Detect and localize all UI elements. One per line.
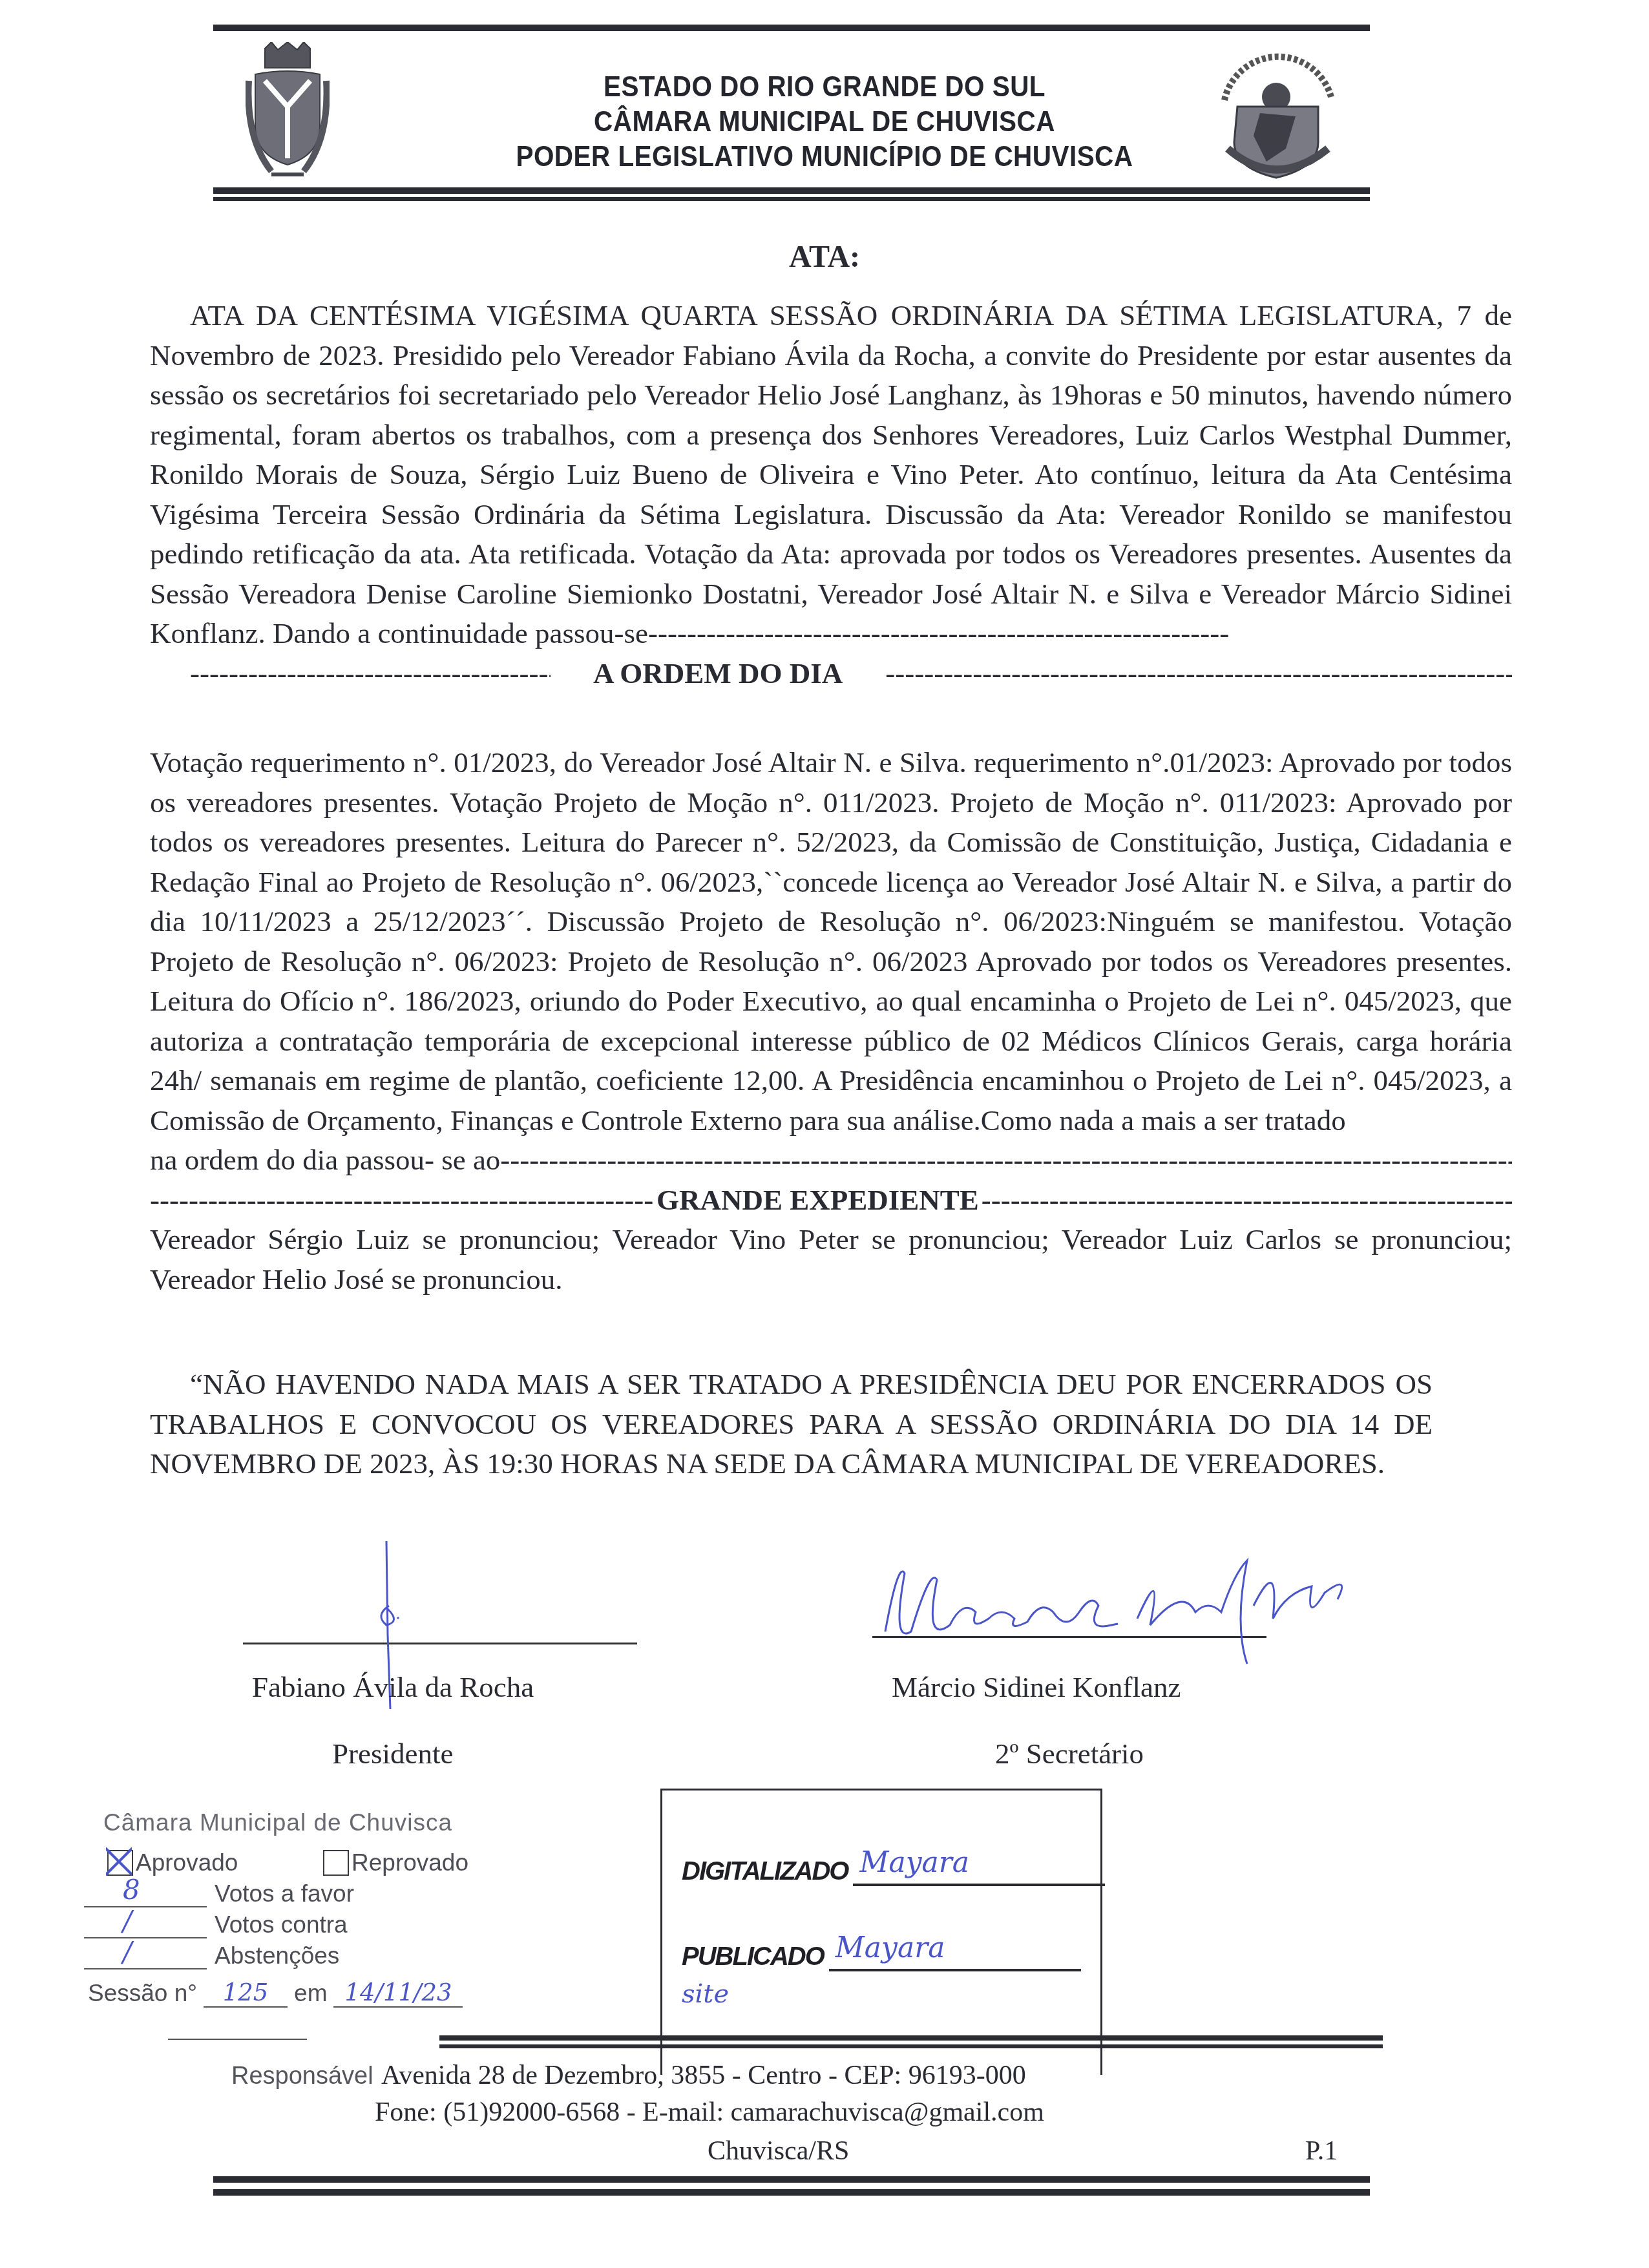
session-row: Sessão n° 125 em 14/11/23 [88, 1979, 463, 2008]
date-label: em [294, 1980, 327, 2007]
president-role: Presidente [332, 1737, 453, 1770]
rejected-checkbox[interactable] [323, 1850, 349, 1876]
opening-text: ATA DA CENTÉSIMA VIGÉSIMA QUARTA SESSÃO … [150, 299, 1512, 649]
session-date[interactable]: 14/11/23 [333, 1979, 463, 2008]
footer-rule-top [439, 2035, 1383, 2041]
responsible-signature-line [168, 2039, 307, 2040]
president-signature-line [243, 1643, 637, 1644]
page-number: P.1 [1305, 2136, 1338, 2167]
secretary-name: Márcio Sidinei Konflanz [892, 1670, 1181, 1704]
president-signature-ink [362, 1541, 414, 1735]
ordem-do-dia-divider: ----------------------------------------… [150, 654, 1512, 694]
footer-rule-top-thin [439, 2044, 1383, 2048]
header-top-rule [213, 25, 1370, 31]
vote-stamp-title: Câmara Municipal de Chuvisca [103, 1809, 452, 1836]
ordem-do-dia-tail-text: na ordem do dia passou- se ao [150, 1140, 500, 1181]
votes-for-field[interactable]: 8 [84, 1880, 207, 1907]
rejected-label: Reprovado [352, 1849, 468, 1876]
footer-address: Responsável Avenida 28 de Dezembro, 3855… [381, 2060, 1026, 2091]
letterhead-chamber: CÂMARA MUNICIPAL DE CHUVISCA [66, 105, 1583, 140]
footer-city: Chuvisca/RS [708, 2136, 849, 2167]
votes-against-row: / Votos contra [84, 1911, 348, 1938]
publicado-field[interactable]: Mayara [829, 1940, 1081, 1971]
publicado-label: PUBLICADO [682, 1942, 824, 1971]
digitalizado-row: DIGITALIZADO Mayara [682, 1855, 1105, 1886]
abstentions-field[interactable]: / [84, 1942, 207, 1969]
ordem-do-dia-tail: na ordem do dia passou- se ao ----------… [150, 1140, 1512, 1181]
secretary-signature-ink [859, 1548, 1370, 1677]
footer-rule-bottom-thin [213, 2189, 1370, 2196]
digitalization-stamp: DIGITALIZADO Mayara PUBLICADO Mayara sit… [660, 1789, 1102, 2075]
votes-against-field[interactable]: / [84, 1911, 207, 1938]
ordem-do-dia-paragraph: Votação requerimento n°. 01/2023, do Ver… [150, 743, 1512, 1299]
ordem-do-dia-heading: A ORDEM DO DIA [551, 654, 845, 694]
president-name: Fabiano Ávila da Rocha [252, 1670, 534, 1704]
footer-rule-bottom [213, 2176, 1370, 2183]
publicado-row: PUBLICADO Mayara [682, 1940, 1081, 1971]
session-number[interactable]: 125 [204, 1979, 288, 2008]
abstentions-label: Abstenções [215, 1942, 339, 1969]
header-rule-thick [213, 187, 1370, 194]
opening-paragraph: ATA DA CENTÉSIMA VIGÉSIMA QUARTA SESSÃO … [150, 296, 1512, 693]
address-text: Avenida 28 de Dezembro, 3855 - Centro - … [381, 2061, 1026, 2090]
session-label: Sessão n° [88, 1980, 197, 2007]
votes-for-label: Votos a favor [215, 1880, 354, 1907]
abstentions-row: / Abstenções [84, 1942, 339, 1969]
responsible-label: Responsável [231, 2063, 373, 2090]
votes-against-label: Votos contra [215, 1911, 348, 1938]
dash-filler: ----------------------------------------… [648, 617, 1229, 649]
grande-expediente-divider: ----------------------------------------… [150, 1181, 1512, 1221]
letterhead-state: ESTADO DO RIO GRANDE DO SUL [66, 70, 1583, 105]
approved-label: Aprovado [136, 1849, 238, 1876]
approved-option[interactable]: Aprovado [107, 1849, 238, 1876]
votes-for-row: 8 Votos a favor [84, 1880, 354, 1907]
approved-checkbox[interactable] [107, 1850, 133, 1876]
rejected-option[interactable]: Reprovado [323, 1849, 468, 1876]
letterhead-legislative: PODER LEGISLATIVO MUNICÍPIO DE CHUVISCA [66, 140, 1583, 174]
grande-expediente-text: Vereador Sérgio Luiz se pronunciou; Vere… [150, 1220, 1512, 1299]
digitalizado-field[interactable]: Mayara [853, 1855, 1105, 1886]
digitalizado-label: DIGITALIZADO [682, 1857, 848, 1886]
publicado-note: site [682, 1979, 729, 2009]
document-title: ATA: [0, 239, 1649, 275]
footer-contact: Fone: (51)92000-6568 - E-mail: camarachu… [375, 2097, 1044, 2128]
header-rule-thin [213, 197, 1370, 201]
closing-text: “NÃO HAVENDO NADA MAIS A SER TRATADO A P… [150, 1365, 1433, 1484]
letterhead: ESTADO DO RIO GRANDE DO SUL CÂMARA MUNIC… [0, 70, 1649, 174]
closing-paragraph: “NÃO HAVENDO NADA MAIS A SER TRATADO A P… [150, 1365, 1433, 1484]
grande-expediente-heading: GRANDE EXPEDIENTE [654, 1181, 982, 1221]
secretary-role: 2º Secretário [995, 1737, 1144, 1770]
ordem-do-dia-text: Votação requerimento n°. 01/2023, do Ver… [150, 743, 1512, 1140]
